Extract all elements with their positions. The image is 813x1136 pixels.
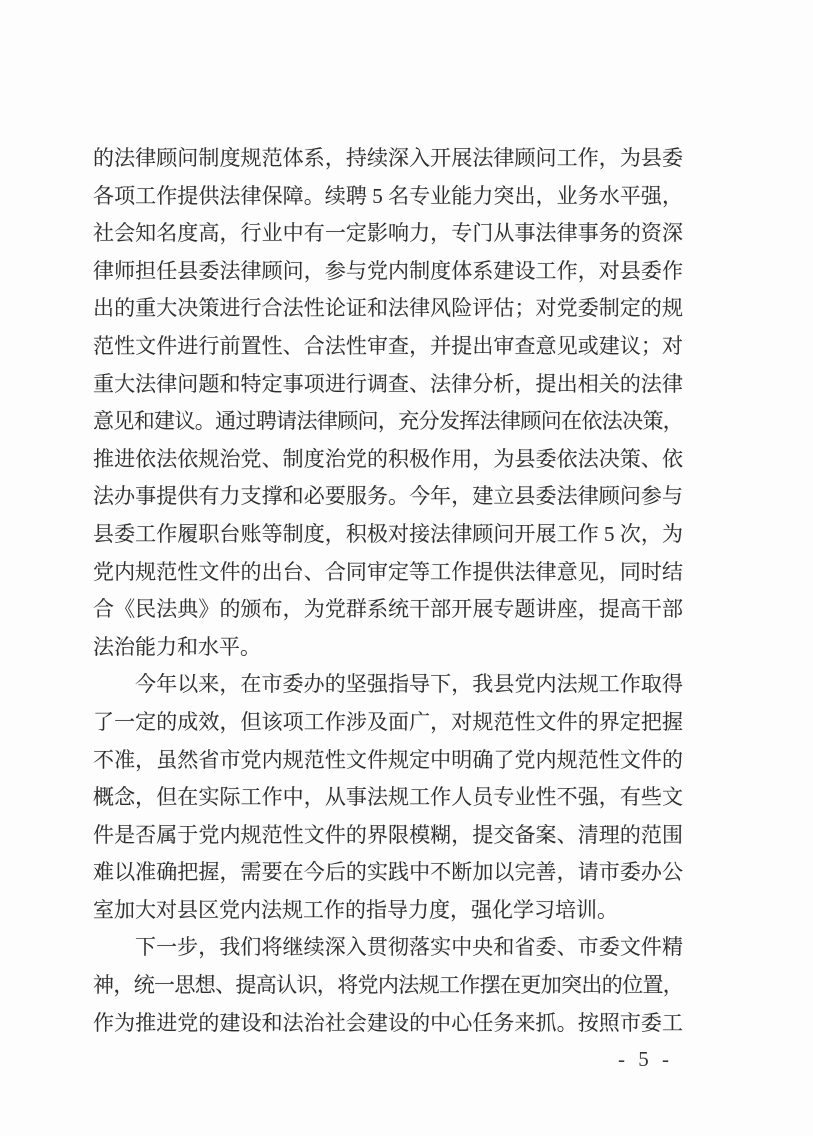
- text-line: 法治能力和水平。: [93, 629, 683, 667]
- page-number: - 5 -: [618, 1046, 673, 1072]
- text-line: 室加大对县区党内法规工作的指导力度，强化学习培训。: [93, 892, 683, 930]
- document-page: 的法律顾问制度规范体系，持续深入开展法律顾问工作，为县委各项工作提供法律保障。续…: [0, 0, 813, 1136]
- document-body: 的法律顾问制度规范体系，持续深入开展法律顾问工作，为县委各项工作提供法律保障。续…: [93, 140, 683, 1042]
- text-line: 党内规范性文件的出台、合同审定等工作提供法律意见，同时结: [93, 554, 683, 592]
- text-line: 重大法律问题和特定事项进行调查、法律分析，提出相关的法律: [93, 366, 683, 404]
- text-line: 范性文件进行前置性、合法性审查，并提出审查意见或建议；对: [93, 328, 683, 366]
- text-line: 的法律顾问制度规范体系，持续深入开展法律顾问工作，为县委: [93, 140, 683, 178]
- text-line: 律师担任县委法律顾问，参与党内制度体系建设工作，对县委作: [93, 253, 683, 291]
- text-line: 各项工作提供法律保障。续聘 5 名专业能力突出，业务水平强，: [93, 178, 683, 216]
- text-line: 法办事提供有力支撑和必要服务。今年，建立县委法律顾问参与: [93, 478, 683, 516]
- text-line: 概念，但在实际工作中，从事法规工作人员专业性不强，有些文: [93, 779, 683, 817]
- text-line: 意见和建议。通过聘请法律顾问，充分发挥法律顾问在依法决策，: [93, 403, 683, 441]
- text-line: 今年以来，在市委办的坚强指导下，我县党内法规工作取得: [93, 666, 683, 704]
- text-line: 推进依法依规治党、制度治党的积极作用，为县委依法决策、依: [93, 441, 683, 479]
- text-line: 了一定的成效，但该项工作涉及面广，对规范性文件的界定把握: [93, 704, 683, 742]
- text-line: 下一步，我们将继续深入贯彻落实中央和省委、市委文件精: [93, 929, 683, 967]
- text-line: 不准，虽然省市党内规范性文件规定中明确了党内规范性文件的: [93, 742, 683, 780]
- text-line: 出的重大决策进行合法性论证和法律风险评估；对党委制定的规: [93, 290, 683, 328]
- text-line: 合《民法典》的颁布，为党群系统干部开展专题讲座，提高干部: [93, 591, 683, 629]
- text-line: 难以准确把握，需要在今后的实践中不断加以完善，请市委办公: [93, 854, 683, 892]
- text-line: 件是否属于党内规范性文件的界限模糊，提交备案、清理的范围: [93, 817, 683, 855]
- text-line: 社会知名度高，行业中有一定影响力，专门从事法律事务的资深: [93, 215, 683, 253]
- paragraph: 今年以来，在市委办的坚强指导下，我县党内法规工作取得了一定的成效，但该项工作涉及…: [93, 666, 683, 929]
- text-line: 县委工作履职台账等制度，积极对接法律顾问开展工作 5 次，为: [93, 516, 683, 554]
- paragraph: 的法律顾问制度规范体系，持续深入开展法律顾问工作，为县委各项工作提供法律保障。续…: [93, 140, 683, 666]
- text-line: 神，统一思想、提高认识，将党内法规工作摆在更加突出的位置，: [93, 967, 683, 1005]
- paragraph: 下一步，我们将继续深入贯彻落实中央和省委、市委文件精神，统一思想、提高认识，将党…: [93, 929, 683, 1042]
- text-line: 作为推进党的建设和法治社会建设的中心任务来抓。按照市委工: [93, 1005, 683, 1043]
